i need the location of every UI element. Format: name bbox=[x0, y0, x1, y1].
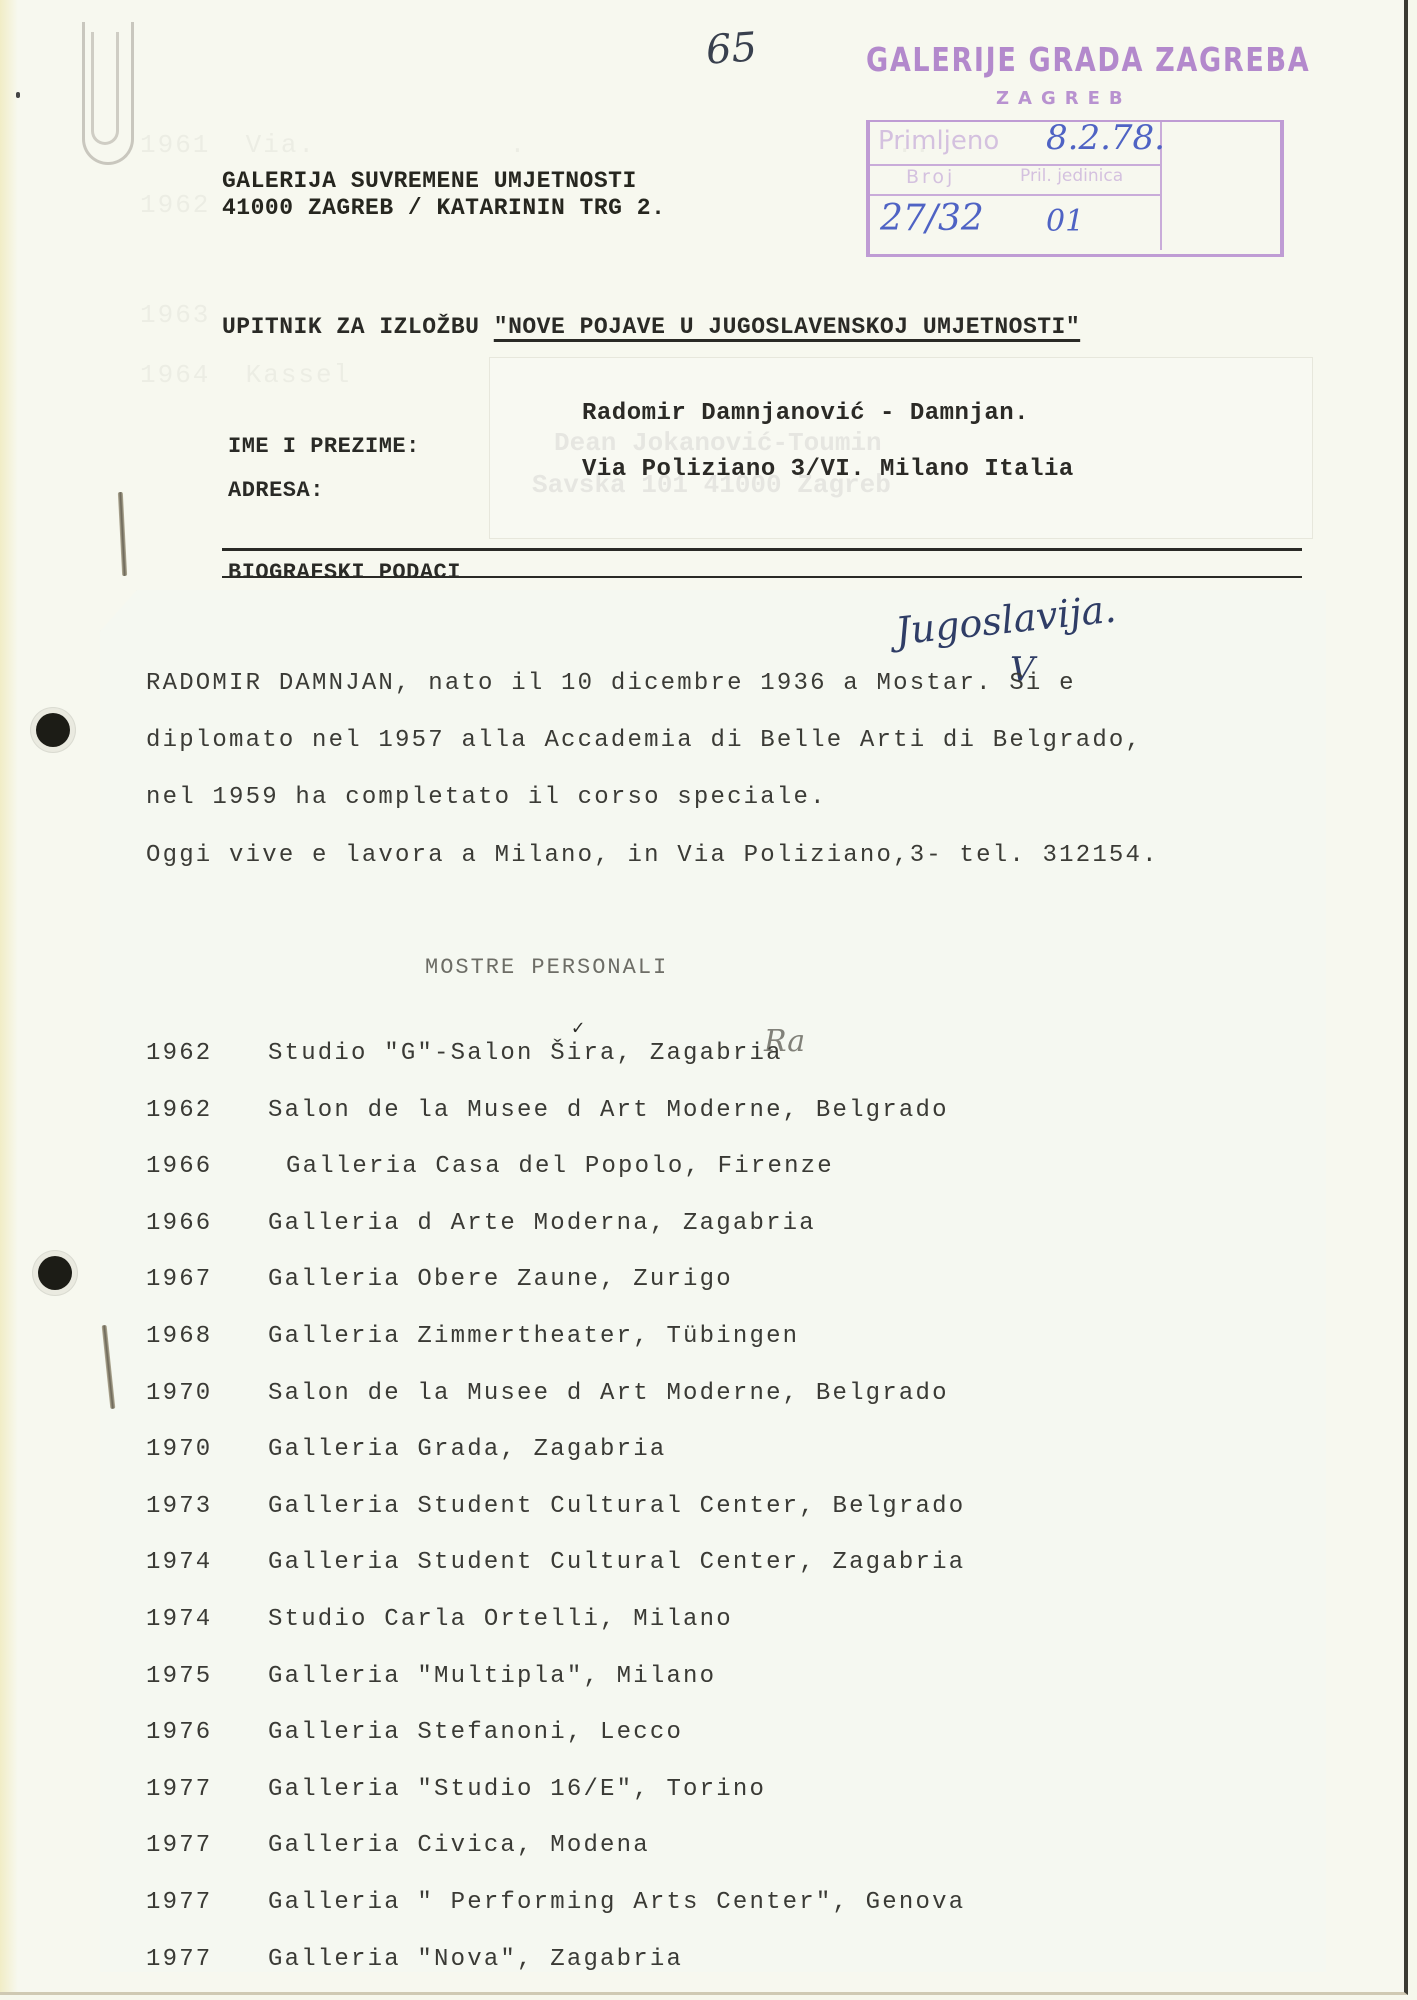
received-stamp: Primljeno 8.2.78. Broj Pril. jedinica 27… bbox=[866, 120, 1284, 257]
bio-heading: BIOGRAFSKI PODACI bbox=[228, 560, 461, 585]
exhibition-row: 1962Studio "G"-Salon Šira, Zagabria bbox=[146, 1040, 783, 1067]
ink-speck bbox=[16, 92, 20, 98]
bio-line: diplomato nel 1957 alla Accademia di Bel… bbox=[146, 727, 1142, 754]
exhibition-row: 1970Salon de la Musee d Art Moderne, Bel… bbox=[146, 1380, 949, 1407]
exhibition-venue: Galleria "Studio 16/E", Torino bbox=[268, 1776, 766, 1803]
exhibition-year: 1977 bbox=[146, 1889, 268, 1916]
stamp-number-label: Broj bbox=[906, 166, 955, 188]
exhibition-venue: Galleria " Performing Arts Center", Geno… bbox=[268, 1889, 965, 1916]
folio-number: 65 bbox=[704, 24, 758, 73]
exhibition-row: 1975Galleria "Multipla", Milano bbox=[146, 1663, 716, 1690]
exhibition-title: "NOVE POJAVE U JUGOSLAVENSKOJ UMJETNOSTI… bbox=[494, 314, 1080, 340]
stamp-received-date: 8.2.78. bbox=[1046, 118, 1165, 158]
address-value: Via Poliziano 3/VI. Milano Italia bbox=[582, 456, 1074, 483]
caron-correction-icon: ✓ bbox=[572, 1015, 584, 1041]
pasted-name-slip: Dean Jokanović-Toumin Savska 101 41000 Z… bbox=[490, 358, 1312, 538]
exhibition-venue: Galleria "Multipla", Milano bbox=[268, 1663, 716, 1690]
exhibition-venue: Galleria Casa del Popolo, Firenze bbox=[268, 1153, 834, 1180]
exhibition-venue: Salon de la Musee d Art Moderne, Belgrad… bbox=[268, 1097, 949, 1124]
questionnaire-title-prefix: UPITNIK ZA IZLOŽBU bbox=[222, 314, 479, 340]
section-rule bbox=[222, 576, 1302, 578]
bio-line: nel 1959 ha completato il corso speciale… bbox=[146, 784, 827, 811]
exhibition-row: 1973Galleria Student Cultural Center, Be… bbox=[146, 1493, 965, 1520]
exhibition-venue: Galleria Student Cultural Center, Belgra… bbox=[268, 1493, 965, 1520]
bio-line: Oggi vive e lavora a Milano, in Via Poli… bbox=[146, 842, 1159, 869]
exhibition-venue: Galleria Student Cultural Center, Zagabr… bbox=[268, 1549, 965, 1576]
bleed-through-text: 1964 Kassel bbox=[140, 360, 351, 390]
exhibition-year: 1962 bbox=[146, 1040, 268, 1067]
exhibition-venue: Galleria d Arte Moderna, Zagabria bbox=[268, 1210, 816, 1237]
staple bbox=[118, 492, 127, 576]
punch-hole bbox=[38, 1256, 72, 1290]
letterhead-address: 41000 ZAGREB / KATARININ TRG 2. bbox=[222, 195, 665, 222]
exhibition-row: 1967Galleria Obere Zaune, Zurigo bbox=[146, 1266, 733, 1293]
letterhead-name: GALERIJA SUVREMENE UMJETNOSTI bbox=[222, 168, 665, 195]
paper-clip-icon bbox=[82, 22, 134, 165]
exhibition-row: 1976Galleria Stefanoni, Lecco bbox=[146, 1719, 683, 1746]
questionnaire-title: UPITNIK ZA IZLOŽBU "NOVE POJAVE U JUGOSL… bbox=[222, 314, 1080, 340]
exhibition-row: 1966Galleria d Arte Moderna, Zagabria bbox=[146, 1210, 816, 1237]
bleed-through-text: 1962 bbox=[140, 190, 210, 220]
exhibition-row: 1962Salon de la Musee d Art Moderne, Bel… bbox=[146, 1097, 949, 1124]
exhibition-row: 1968Galleria Zimmertheater, Tübingen bbox=[146, 1323, 799, 1350]
exhibition-venue: Galleria Stefanoni, Lecco bbox=[268, 1719, 683, 1746]
covered-text: Dean Jokanović-Toumin bbox=[554, 428, 882, 458]
stamp-attachments-label: Pril. jedinica bbox=[1020, 166, 1123, 186]
exhibition-year: 1974 bbox=[146, 1549, 268, 1576]
exhibition-row: 1977Galleria Civica, Modena bbox=[146, 1832, 650, 1859]
exhibition-year: 1977 bbox=[146, 1946, 268, 1973]
section-rule bbox=[222, 548, 1302, 551]
exhibition-row: 1977Galleria "Nova", Zagabria bbox=[146, 1946, 683, 1973]
address-label: ADRESA: bbox=[228, 478, 324, 503]
exhibition-year: 1977 bbox=[146, 1776, 268, 1803]
name-label: IME I PREZIME: bbox=[228, 434, 420, 459]
stamp-number-value: 27/32 bbox=[880, 198, 984, 239]
exhibition-venue: Galleria "Nova", Zagabria bbox=[268, 1946, 683, 1973]
exhibition-year: 1968 bbox=[146, 1323, 268, 1350]
exhibition-year: 1976 bbox=[146, 1719, 268, 1746]
exhibition-row: 1977Galleria "Studio 16/E", Torino bbox=[146, 1776, 766, 1803]
exhibition-venue: Studio "G"-Salon Šira, Zagabria bbox=[268, 1040, 783, 1067]
stamp-institution: GALERIJE GRADA ZAGREBA bbox=[866, 40, 1310, 79]
bleed-through-text: 1961 Via. . .. bbox=[140, 130, 932, 160]
bio-line: RADOMIR DAMNJAN, nato il 10 dicembre 193… bbox=[146, 670, 1076, 697]
exhibition-venue: Galleria Obere Zaune, Zurigo bbox=[268, 1266, 733, 1293]
exhibition-year: 1977 bbox=[146, 1832, 268, 1859]
exhibition-year: 1970 bbox=[146, 1380, 268, 1407]
exhibition-year: 1973 bbox=[146, 1493, 268, 1520]
stamp-received-label: Primljeno bbox=[878, 126, 999, 156]
exhibition-row: 1966Galleria Casa del Popolo, Firenze bbox=[146, 1153, 834, 1180]
bleed-through-text: 1963 bbox=[140, 300, 210, 330]
exhibition-year: 1962 bbox=[146, 1097, 268, 1124]
exhibition-year: 1966 bbox=[146, 1210, 268, 1237]
stamp-city: ZAGREB bbox=[996, 88, 1132, 109]
exhibition-year: 1970 bbox=[146, 1436, 268, 1463]
exhibition-year: 1975 bbox=[146, 1663, 268, 1690]
punch-hole bbox=[36, 713, 70, 747]
exhibition-venue: Studio Carla Ortelli, Milano bbox=[268, 1606, 733, 1633]
name-value: Radomir Damnjanović - Damnjan. bbox=[582, 400, 1029, 427]
exhibition-row: 1977Galleria " Performing Arts Center", … bbox=[146, 1889, 965, 1916]
exhibition-row: 1974Studio Carla Ortelli, Milano bbox=[146, 1606, 733, 1633]
exhibition-row: 1970Galleria Grada, Zagabria bbox=[146, 1436, 666, 1463]
exhibition-venue: Galleria Civica, Modena bbox=[268, 1832, 650, 1859]
exhibition-venue: Galleria Zimmertheater, Tübingen bbox=[268, 1323, 799, 1350]
exhibition-year: 1967 bbox=[146, 1266, 268, 1293]
exhibition-year: 1966 bbox=[146, 1153, 268, 1180]
exhibition-venue: Salon de la Musee d Art Moderne, Belgrad… bbox=[268, 1380, 949, 1407]
exhibition-year: 1974 bbox=[146, 1606, 268, 1633]
exhibition-venue: Galleria Grada, Zagabria bbox=[268, 1436, 666, 1463]
exhibition-row: 1974Galleria Student Cultural Center, Za… bbox=[146, 1549, 965, 1576]
document-page: 1961 Via. . .. 1962 1963 1964 Kassel 65 … bbox=[0, 0, 1408, 1995]
stamp-code-value: 01 bbox=[1046, 204, 1084, 239]
solo-exhibitions-heading: MOSTRE PERSONALI bbox=[425, 955, 668, 980]
institution-letterhead: GALERIJA SUVREMENE UMJETNOSTI 41000 ZAGR… bbox=[222, 168, 665, 222]
